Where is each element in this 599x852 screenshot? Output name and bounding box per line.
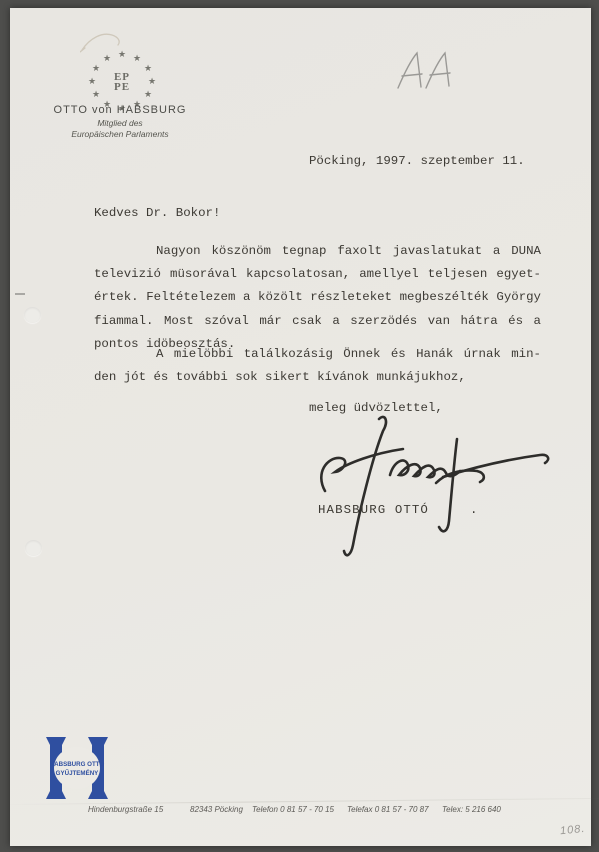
body-line: értek. Feltételezem a közölt részleteket… — [94, 286, 541, 309]
punch-hole — [25, 540, 42, 556]
letterhead-name: OTTO von HABSBURG — [36, 104, 204, 116]
margin-dash — [15, 293, 25, 295]
habsburg-collection-logo: HABSBURG OTTÓ GYŰJTEMÉNY — [46, 737, 108, 799]
body-paragraph-1: Nagyon köszönöm tegnap faxolt javaslatuk… — [94, 240, 541, 356]
date-line: Pöcking, 1997. szeptember 11. — [309, 154, 525, 168]
address-fax: Telefax 0 81 57 - 70 87 — [347, 805, 429, 814]
body-line: den jót és további sok sikert kívánok mu… — [94, 366, 541, 389]
signature-stroke — [344, 417, 386, 555]
address-phone: Telefon 0 81 57 - 70 15 — [252, 805, 334, 814]
ep-monogram: EP PE — [88, 52, 156, 112]
signed-dot: . — [470, 503, 477, 517]
collection-logo-line2: GYŰJTEMÉNY — [56, 769, 100, 777]
handwritten-aa-mark — [396, 50, 454, 90]
pencil-squiggle — [80, 28, 126, 54]
signature-stroke — [439, 439, 457, 531]
body-line: Nagyon köszönöm tegnap faxolt javaslatuk… — [94, 240, 541, 263]
address-telex: Telex: 5 216 640 — [442, 805, 501, 814]
signature — [295, 415, 565, 565]
closing-line: meleg üdvözlettel, — [309, 401, 443, 415]
body-line: televizió müsorával kapcsolatosan, amell… — [94, 263, 541, 286]
body-line: fiammal. Most szóval már csak a szerzödé… — [94, 310, 541, 333]
body-paragraph-2: A mielöbbi találkozásig Önnek és Hanák ú… — [94, 343, 541, 389]
letterhead-role-line1: Mitglied des — [36, 118, 204, 129]
signed-name: HABSBURG OTTÓ — [318, 503, 429, 517]
letterhead-role-line2: Europäischen Parlaments — [36, 129, 204, 140]
scanned-letter-page: { "icons": { "star": "★" }, "letterhead"… — [0, 0, 599, 852]
letterhead: OTTO von HABSBURG Mitglied des Europäisc… — [36, 104, 204, 140]
punch-hole — [24, 307, 41, 323]
address-city: 82343 Pöcking — [190, 805, 243, 814]
salutation: Kedves Dr. Bokor! — [94, 206, 220, 220]
ep-monogram-bottom: PE — [114, 82, 130, 92]
address-street: Hindenburgstraße 15 — [88, 805, 163, 814]
body-line: A mielöbbi találkozásig Önnek és Hanák ú… — [94, 343, 541, 366]
collection-logo-line1: HABSBURG OTTÓ — [50, 760, 105, 768]
